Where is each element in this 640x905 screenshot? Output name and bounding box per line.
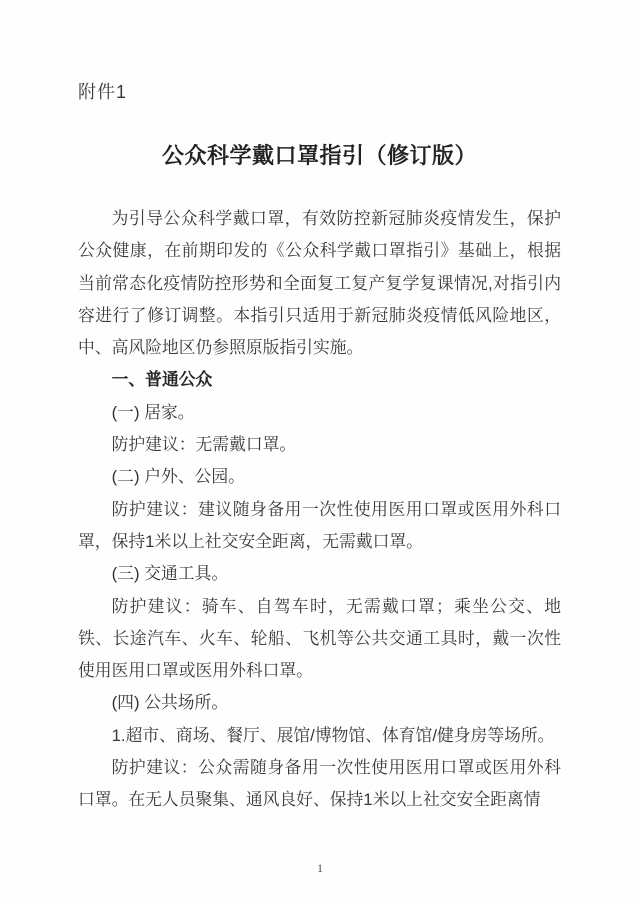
document-paragraph: 防护建议：骑车、自驾车时，无需戴口罩；乘坐公交、地铁、长途汽车、火车、轮船、飞机… — [78, 591, 561, 688]
document-paragraph: 为引导公众科学戴口罩，有效防控新冠肺炎疫情发生，保护公众健康，在前期印发的《公众… — [78, 203, 561, 364]
document-paragraph: (一) 居家。 — [78, 397, 561, 429]
document-body: 为引导公众科学戴口罩，有效防控新冠肺炎疫情发生，保护公众健康，在前期印发的《公众… — [78, 203, 561, 817]
document-paragraph: (四) 公共场所。 — [78, 687, 561, 719]
document-paragraph: 一、普通公众 — [78, 364, 561, 396]
document-paragraph: (二) 户外、公园。 — [78, 461, 561, 493]
document-page: 附件1 公众科学戴口罩指引（修订版） 为引导公众科学戴口罩，有效防控新冠肺炎疫情… — [0, 0, 640, 905]
page-number: 1 — [0, 861, 640, 876]
document-title: 公众科学戴口罩指引（修订版） — [78, 139, 561, 170]
document-paragraph: 防护建议：建议随身备用一次性使用医用口罩或医用外科口罩，保持1米以上社交安全距离… — [78, 494, 561, 559]
document-paragraph: 防护建议：公众需随身备用一次性使用医用口罩或医用外科口罩。在无人员聚集、通风良好… — [78, 752, 561, 817]
attachment-label: 附件1 — [78, 78, 127, 104]
document-paragraph: (三) 交通工具。 — [78, 558, 561, 590]
document-paragraph: 防护建议：无需戴口罩。 — [78, 429, 561, 461]
document-paragraph: 1.超市、商场、餐厅、展馆/博物馆、体育馆/健身房等场所。 — [78, 720, 561, 752]
